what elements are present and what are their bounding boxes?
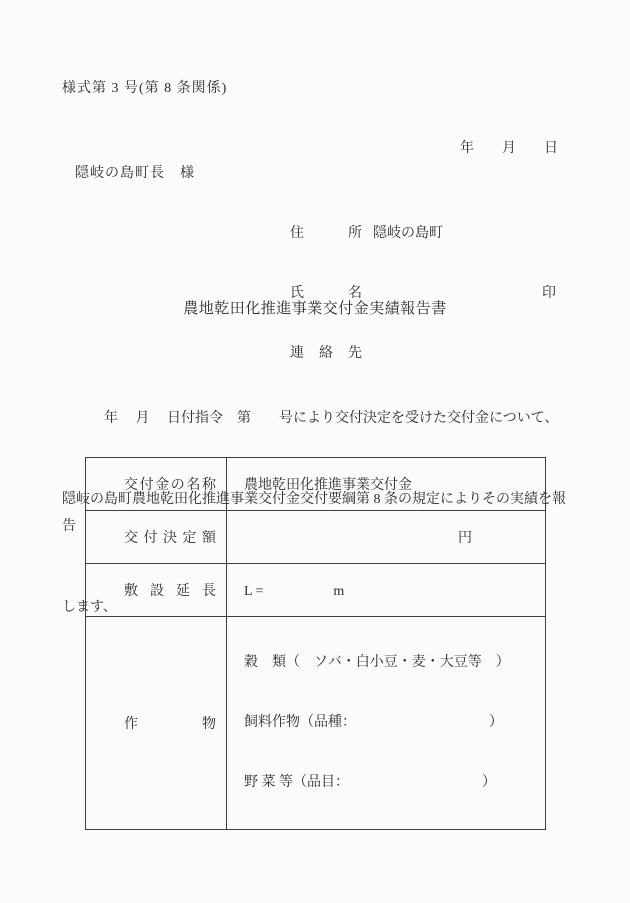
grant-report-table: 交付金の名称 農地乾田化推進事業交付金 交付決定額 円 敷設延長 L = m 作… — [85, 457, 546, 830]
length-label-cell: 敷設延長 — [86, 564, 227, 617]
table-row-crops: 作物 穀 類（ ソバ・白小豆・麦・大豆等 ） 飼料作物（品種： ） 野 菜 等（… — [86, 617, 546, 830]
crop-line-feed: 飼料作物（品種： ） — [244, 709, 545, 737]
length-label: 敷設延長 — [124, 580, 216, 600]
crop-line-vegetables: 野 菜 等（品目： ） — [244, 769, 545, 797]
crops-value-cell: 穀 類（ ソバ・白小豆・麦・大豆等 ） 飼料作物（品種： ） 野 菜 等（品目：… — [227, 617, 546, 830]
address-label: 住所 — [290, 220, 362, 248]
crop-line-grains: 穀 類（ ソバ・白小豆・麦・大豆等 ） — [244, 649, 545, 677]
table-row-grant-amount: 交付決定額 円 — [86, 511, 546, 564]
grant-amount-label: 交付決定額 — [124, 527, 216, 547]
grant-amount-label-cell: 交付決定額 — [86, 511, 227, 564]
grant-name-value: 農地乾田化推進事業交付金 — [227, 458, 546, 511]
grant-amount-value-cell: 円 — [227, 511, 546, 564]
length-value: L = m — [227, 564, 546, 617]
crops-label-cell: 作物 — [86, 617, 227, 830]
grant-name-label: 交付金の名称 — [124, 474, 216, 494]
address-value: 隠岐の島町 — [373, 220, 443, 248]
table-row-grant-name: 交付金の名称 農地乾田化推進事業交付金 — [86, 458, 546, 511]
address-row: 住所 隠岐の島町 — [290, 220, 556, 248]
addressee: 隠岐の島町長 様 — [75, 162, 195, 182]
crops-label: 作物 — [124, 713, 216, 733]
body-line-1: 年 月 日付指令 第 号により交付決定を受けた交付金について、 — [62, 405, 577, 432]
form-number: 様式第 3 号(第 8 条関係) — [62, 77, 227, 97]
grant-name-label-cell: 交付金の名称 — [86, 458, 227, 511]
document-title: 農地乾田化推進事業交付金実績報告書 — [0, 297, 630, 318]
yen-unit: 円 — [458, 527, 472, 547]
date-line: 年 月 日 — [460, 137, 558, 157]
document-page: 様式第 3 号(第 8 条関係) 年 月 日 隠岐の島町長 様 住所 隠岐の島町… — [0, 0, 630, 903]
table-row-length: 敷設延長 L = m — [86, 564, 546, 617]
